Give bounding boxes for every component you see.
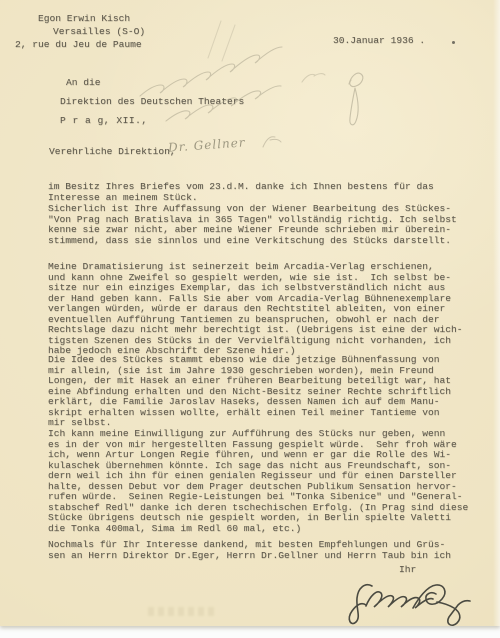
letter-paragraph-6: Nochmals für Ihr Interesse dankend, mit …	[48, 540, 451, 561]
recipient-line-1: An die	[66, 78, 101, 89]
ink-bleed-through	[148, 607, 218, 616]
closing-word: Ihr	[399, 565, 416, 576]
letter-paragraph-2: Sicherlich ist Ihre Auffassung von der W…	[48, 204, 457, 246]
stray-ink-dot	[452, 41, 455, 44]
sender-street: 2, rue du Jeu de Paume	[15, 40, 142, 51]
letter-paragraph-1: im Besitz Ihres Briefes vom 23.d.M. dank…	[48, 182, 434, 203]
letter-paragraph-5: Ich kann meine Einwilligung zur Aufführu…	[48, 429, 468, 534]
salutation: Verehrliche Direktion,	[49, 147, 176, 158]
recipient-line-2: Direktion des Deutschen Theaters	[60, 97, 244, 108]
sender-city: Versailles (S-O)	[53, 27, 145, 38]
letter-paragraph-3: Meine Dramatisierung ist seinerzeit beim…	[48, 262, 463, 357]
paper-edge	[493, 0, 500, 626]
letter-paragraph-4: Die Idee des Stückes stammt ebenso wie d…	[48, 355, 451, 429]
sender-name: Egon Erwin Kisch	[38, 14, 130, 25]
scanned-letter-page: Egon Erwin Kisch Versailles (S-O) 2, rue…	[0, 0, 500, 638]
recipient-city: P r a g, XII.,	[60, 116, 148, 127]
letter-date: 30.Januar 1936 .	[333, 36, 425, 47]
